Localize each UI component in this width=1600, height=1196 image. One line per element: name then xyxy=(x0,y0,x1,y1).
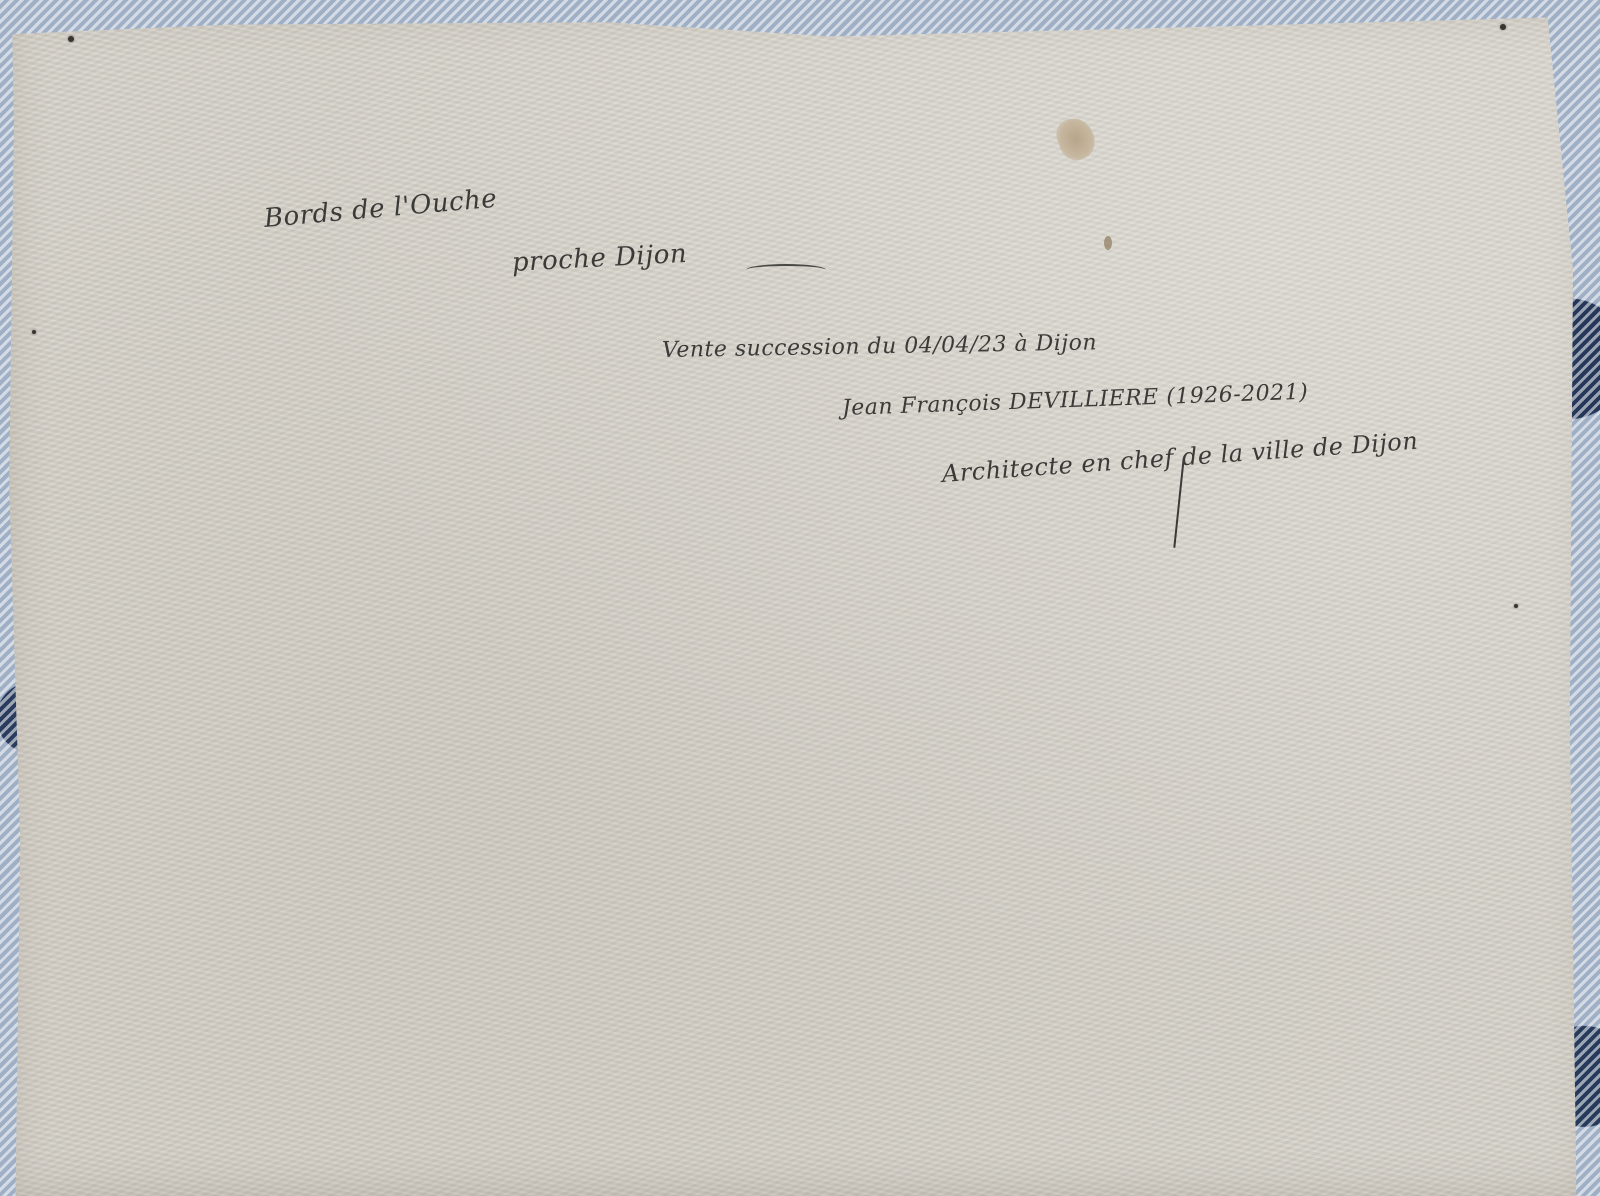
pinhole xyxy=(1500,24,1506,30)
inscription-line-artist: Jean François DEVILLIERE (1926-2021) xyxy=(842,380,1309,421)
inscription-line-title: Bords de l'Ouche xyxy=(263,184,499,234)
signature-flourish xyxy=(746,264,826,276)
inscription-line-sale: Vente succession du 04/04/23 à Dijon xyxy=(662,330,1097,363)
paper-sheet: Bords de l'Ouche proche Dijon Vente succ… xyxy=(6,8,1592,1196)
paper-stain-small xyxy=(1104,236,1112,250)
pinhole xyxy=(68,36,74,42)
pinhole xyxy=(1514,604,1518,608)
paper-stain xyxy=(1052,113,1100,165)
pinhole xyxy=(32,330,36,334)
inscription-line-location: proche Dijon xyxy=(511,239,688,278)
